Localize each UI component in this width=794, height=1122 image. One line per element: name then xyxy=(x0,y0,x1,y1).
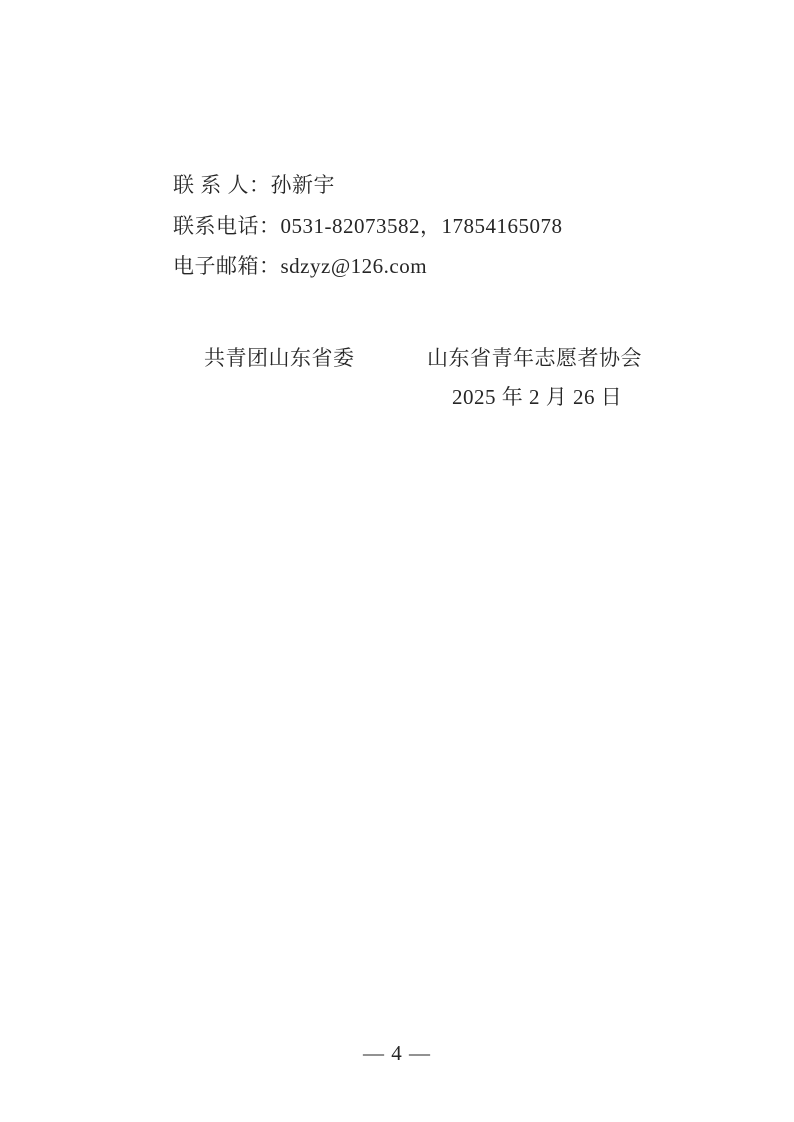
contact-email-label: 电子邮箱： xyxy=(173,254,281,278)
contact-email-line: 电子邮箱：sdzyz@126.com xyxy=(150,227,427,305)
signature-date: 2025 年 2 月 26 日 xyxy=(452,384,622,410)
signature-org-right: 山东省青年志愿者协会 xyxy=(427,345,642,371)
contact-email-value: sdzyz@126.com xyxy=(281,254,428,278)
signature-org-left: 共青团山东省委 xyxy=(204,345,355,371)
document-page: 联 系 人：孙新宇 联系电话：0531-82073582，17854165078… xyxy=(0,0,794,1122)
page-number: — 4 — xyxy=(0,1040,794,1066)
